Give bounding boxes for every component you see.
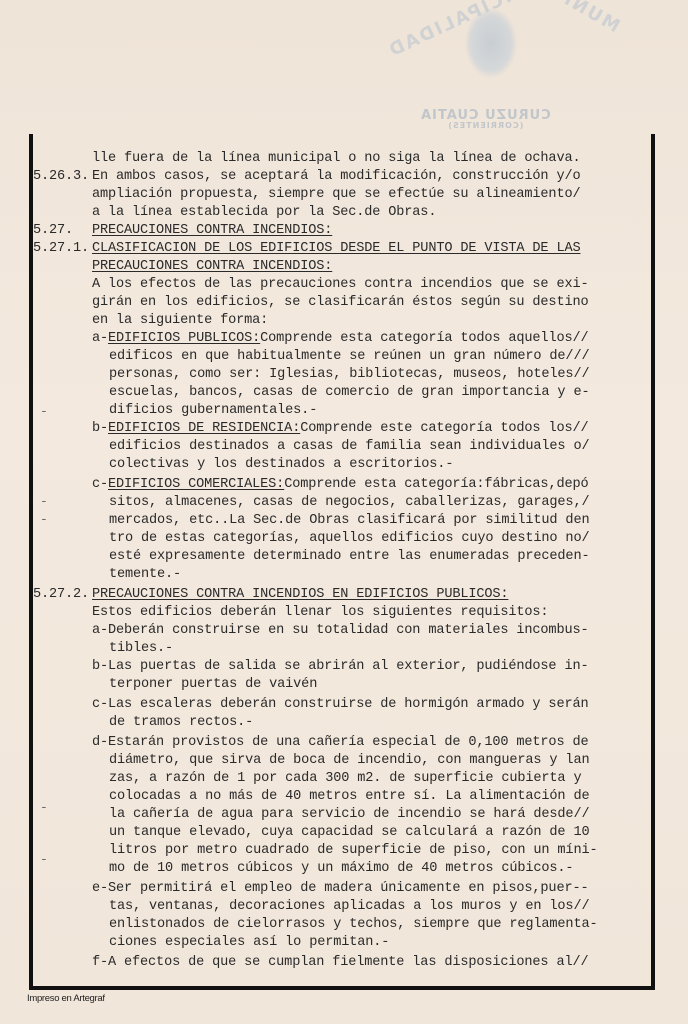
line-text: zas, a razón de 1 por cada 300 m2. de su… — [109, 771, 581, 786]
line-text: tas, ventanas, decoraciones aplicadas a … — [109, 899, 589, 914]
line-text: En ambos casos, se aceptará la modificac… — [92, 169, 580, 184]
line-text: esté expresamente determinado entre las … — [109, 549, 589, 564]
section-number: 5.27.1. — [33, 240, 92, 258]
document-line: A los efectos de las precauciones contra… — [92, 276, 588, 294]
line-text: tro de estas categorías, aquellos edific… — [109, 531, 589, 546]
document-line: tas, ventanas, decoraciones aplicadas a … — [109, 898, 589, 916]
document-line: en la siguiente forma: — [92, 312, 268, 330]
line-text: enlistonados de cielorrasos y techos, si… — [109, 917, 597, 932]
line-text: a la línea establecida por la Sec.de Obr… — [92, 205, 436, 220]
document-line: d-Estarán provistos de una cañería espec… — [92, 734, 588, 752]
line-text: dificios gubernamentales.- — [109, 403, 317, 418]
line-text: escuelas, bancos, casas de comercio de g… — [109, 385, 589, 400]
line-text: mo de 10 metros cúbicos y un máximo de 4… — [109, 861, 573, 876]
line-text: girán en los edificios, se clasificarán … — [92, 295, 588, 310]
margin-dash: - — [40, 494, 48, 509]
line-text: lle fuera de la línea municipal o no sig… — [92, 151, 580, 166]
margin-dash: - — [40, 404, 48, 419]
document-line: f-A efectos de que se cumplan fielmente … — [92, 954, 588, 972]
document-line: un tanque elevado, cuya capacidad se cal… — [109, 824, 589, 842]
document-line: mercados, etc..La Sec.de Obras clasifica… — [109, 512, 589, 530]
document-line: girán en los edificios, se clasificarán … — [92, 294, 588, 312]
line-text: sitos, almacenes, casas de negocios, cab… — [109, 495, 589, 510]
document-line: b-Las puertas de salida se abrirán al ex… — [92, 658, 588, 676]
document-line: la cañería de agua para servicio de ince… — [109, 806, 589, 824]
margin-dash: - — [40, 852, 48, 867]
margin-dash: - — [40, 800, 48, 815]
document-line: 5.27.2.PRECAUCIONES CONTRA INCENDIOS EN … — [33, 586, 508, 604]
section-heading: EDIFICIOS PUBLICOS: — [108, 331, 260, 346]
line-text: e-Ser permitirá el empleo de madera únic… — [92, 881, 588, 896]
section-number: 5.27. — [33, 222, 92, 240]
line-text: colocadas a no más de 40 metros entre sí… — [109, 789, 589, 804]
section-heading: CLASIFICACION DE LOS EDIFICIOS DESDE EL … — [92, 241, 580, 256]
document-line: esté expresamente determinado entre las … — [109, 548, 589, 566]
document-line: personas, como ser: Iglesias, biblioteca… — [109, 366, 589, 384]
line-text: a-Deberán construirse en su totalidad co… — [92, 623, 588, 638]
document-line: e-Ser permitirá el empleo de madera únic… — [92, 880, 588, 898]
line-text: edificios destinados a casas de familia … — [109, 439, 589, 454]
line-text: Comprende esta categoría todos aquellos/… — [260, 331, 588, 346]
line-text: Comprende este categoría todos los// — [300, 421, 588, 436]
document-line: edificos en que habitualmente se reúnen … — [109, 348, 589, 366]
line-text: b-Las puertas de salida se abrirán al ex… — [92, 659, 588, 674]
document-line: litros por metro cuadrado de superficie … — [109, 842, 597, 860]
document-line: Estos edificios deberán llenar los sigui… — [92, 604, 548, 622]
line-text: litros por metro cuadrado de superficie … — [109, 843, 597, 858]
section-number: 5.26.3. — [33, 168, 92, 186]
section-heading: EDIFICIOS DE RESIDENCIA: — [108, 421, 300, 436]
line-text: Estos edificios deberán llenar los sigui… — [92, 605, 548, 620]
document-line: a la línea establecida por la Sec.de Obr… — [92, 204, 436, 222]
line-text: d-Estarán provistos de una cañería espec… — [92, 735, 588, 750]
municipal-seal — [465, 8, 517, 78]
document-line: dificios gubernamentales.- — [109, 402, 317, 420]
document-line: edificios destinados a casas de familia … — [109, 438, 589, 456]
line-text: la cañería de agua para servicio de ince… — [109, 807, 589, 822]
line-text: edificos en que habitualmente se reúnen … — [109, 349, 589, 364]
line-text: tibles.- — [109, 641, 173, 656]
section-heading: PRECAUCIONES CONTRA INCENDIOS EN EDIFICI… — [92, 587, 508, 602]
line-text: diámetro, que sirva de boca de incendio,… — [109, 753, 589, 768]
document-line: tibles.- — [109, 640, 173, 658]
document-line: zas, a razón de 1 por cada 300 m2. de su… — [109, 770, 581, 788]
document-line: ciones especiales así lo permitan.- — [109, 934, 389, 952]
document-line: colectivas y los destinados a escritorio… — [109, 456, 453, 474]
document-line: escuelas, bancos, casas de comercio de g… — [109, 384, 589, 402]
section-heading: EDIFICIOS COMERCIALES: — [108, 477, 284, 492]
document-line: ampliación propuesta, siempre que se efe… — [92, 186, 580, 204]
line-text: mercados, etc..La Sec.de Obras clasifica… — [109, 513, 589, 528]
item-letter: a- — [92, 331, 108, 346]
line-text: en la siguiente forma: — [92, 313, 268, 328]
printer-credit: Impreso en Artegraf — [27, 993, 105, 1004]
section-number: 5.27.2. — [33, 586, 92, 604]
line-text: colectivas y los destinados a escritorio… — [109, 457, 453, 472]
city-stamp: CURUZU CUATIA (CORRIENTES) — [420, 108, 551, 130]
margin-dash: - — [40, 512, 48, 527]
document-line: diámetro, que sirva de boca de incendio,… — [109, 752, 589, 770]
line-text: terponer puertas de vaivén — [109, 677, 317, 692]
document-line: colocadas a no más de 40 metros entre sí… — [109, 788, 589, 806]
line-text: ciones especiales así lo permitan.- — [109, 935, 389, 950]
document-line: PRECAUCIONES CONTRA INCENDIOS: — [92, 258, 332, 276]
line-text: de tramos rectos.- — [109, 715, 253, 730]
document-line: c-EDIFICIOS COMERCIALES:Comprende esta c… — [92, 476, 588, 494]
document-line: mo de 10 metros cúbicos y un máximo de 4… — [109, 860, 573, 878]
line-text: un tanque elevado, cuya capacidad se cal… — [109, 825, 589, 840]
line-text: c-Las escaleras deberán construirse de h… — [92, 697, 588, 712]
document-line: c-Las escaleras deberán construirse de h… — [92, 696, 588, 714]
section-heading: PRECAUCIONES CONTRA INCENDIOS: — [92, 223, 332, 238]
document-line: a-EDIFICIOS PUBLICOS:Comprende esta cate… — [92, 330, 588, 348]
document-line: enlistonados de cielorrasos y techos, si… — [109, 916, 597, 934]
line-text: Comprende esta categoría:fábricas,depó — [284, 477, 588, 492]
line-text: temente.- — [109, 567, 181, 582]
section-heading: PRECAUCIONES CONTRA INCENDIOS: — [92, 259, 332, 274]
document-line: 5.27.1.CLASIFICACION DE LOS EDIFICIOS DE… — [33, 240, 580, 258]
document-line: sitos, almacenes, casas de negocios, cab… — [109, 494, 589, 512]
document-line: a-Deberán construirse en su totalidad co… — [92, 622, 588, 640]
line-text: ampliación propuesta, siempre que se efe… — [92, 187, 580, 202]
item-letter: c- — [92, 477, 108, 492]
document-line: b-EDIFICIOS DE RESIDENCIA:Comprende este… — [92, 420, 588, 438]
document-line: lle fuera de la línea municipal o no sig… — [92, 150, 580, 168]
item-letter: b- — [92, 421, 108, 436]
document-line: terponer puertas de vaivén — [109, 676, 317, 694]
document-line: 5.27.PRECAUCIONES CONTRA INCENDIOS: — [33, 222, 332, 240]
line-text: f-A efectos de que se cumplan fielmente … — [92, 955, 588, 970]
document-line: de tramos rectos.- — [109, 714, 253, 732]
document-line: 5.26.3.En ambos casos, se aceptará la mo… — [33, 168, 580, 186]
document-line: tro de estas categorías, aquellos edific… — [109, 530, 589, 548]
line-text: personas, como ser: Iglesias, biblioteca… — [109, 367, 589, 382]
document-line: temente.- — [109, 566, 181, 584]
line-text: A los efectos de las precauciones contra… — [92, 277, 588, 292]
